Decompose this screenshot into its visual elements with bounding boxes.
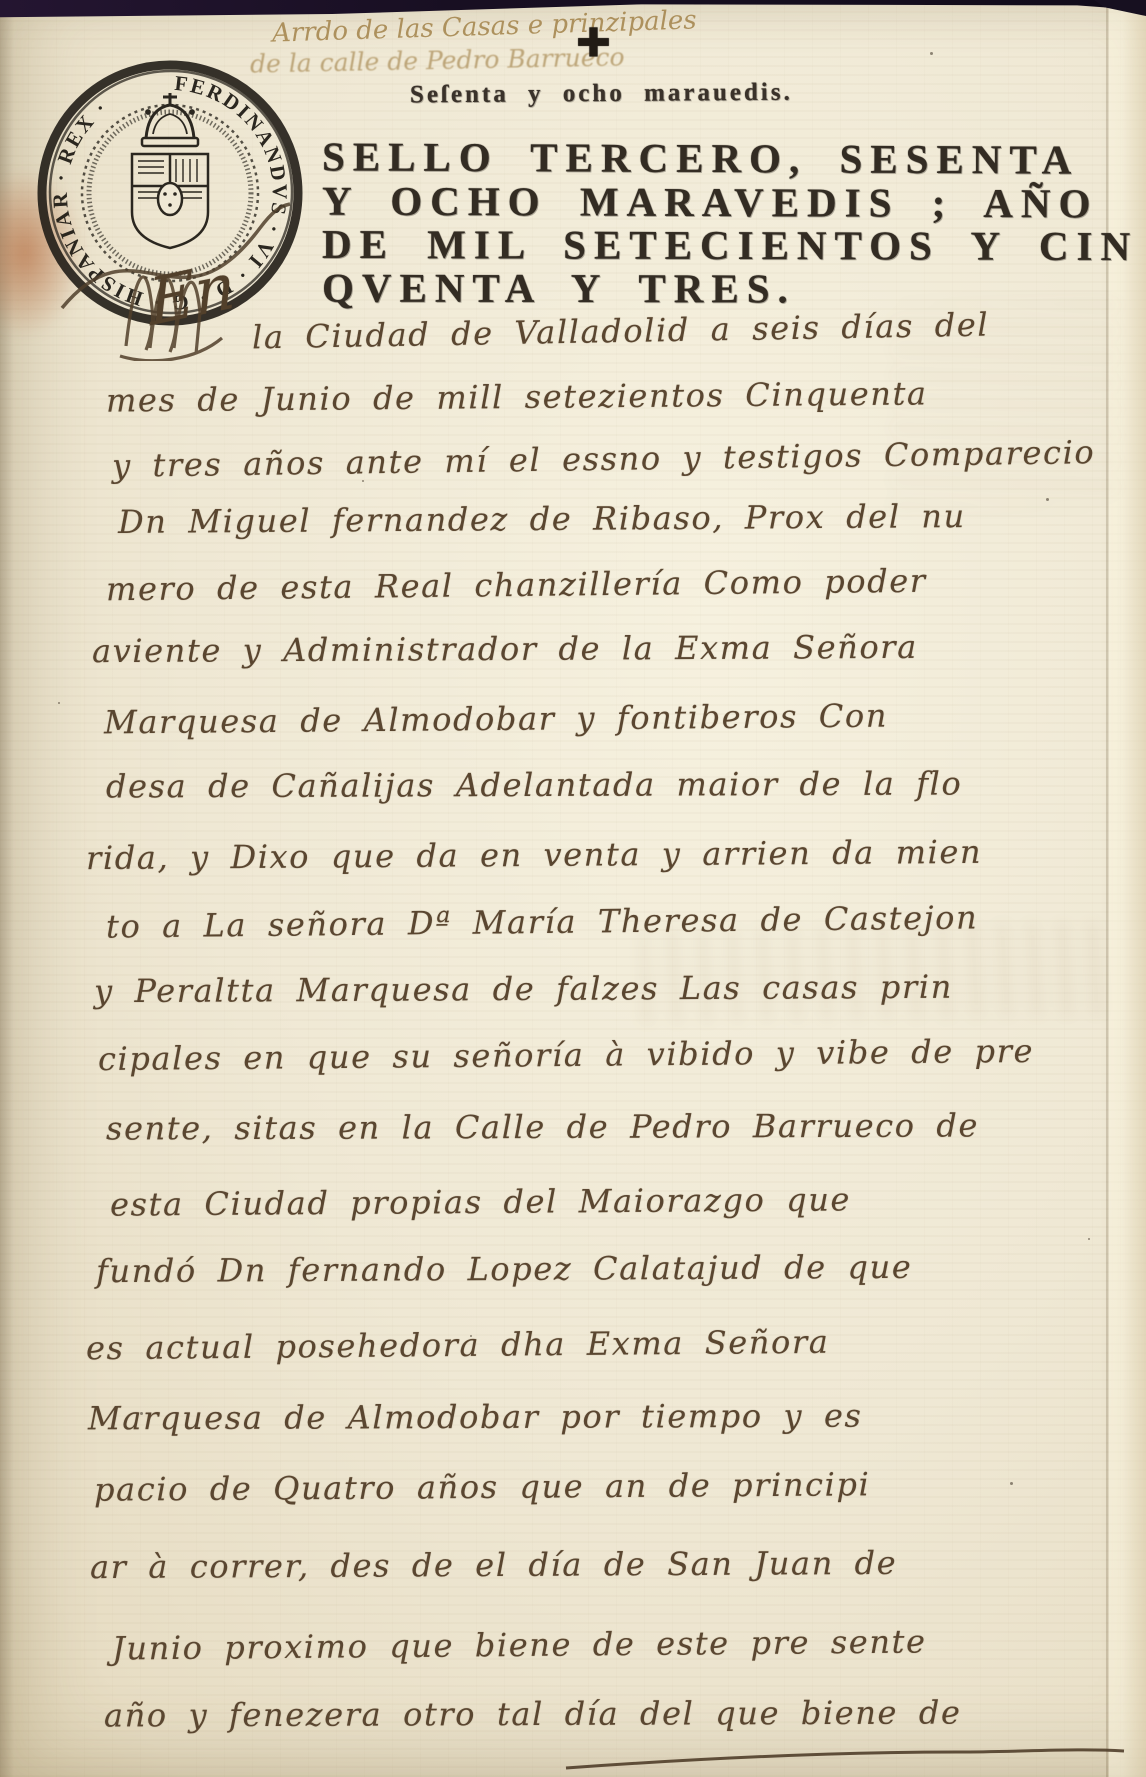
manuscript-line: fundó Dn fernando Lopez Calatajud de que <box>96 1248 913 1290</box>
ink-speck <box>362 480 364 482</box>
crown-icon <box>142 93 198 146</box>
manuscript-line: ar à correr, des de el día de San Juan d… <box>90 1544 897 1586</box>
ink-stroke <box>558 1738 1133 1777</box>
manuscript-line: es actual posehedora dha Exma Señora <box>86 1323 830 1367</box>
printed-header-line: QVENTA Y TRES. <box>322 264 796 313</box>
manuscript-line: desa de Cañalijas Adelantada maior de la… <box>106 765 962 806</box>
manuscript-line: rida, y Dixo que da en venta y arrien da… <box>86 833 982 877</box>
ink-speck <box>1010 1482 1013 1485</box>
printed-header-line: SELLO TERCERO, SESENTA <box>322 132 1080 183</box>
ink-speck <box>140 1412 143 1415</box>
printed-header-line: DE MIL SETECIENTOS Y CIN <box>322 220 1138 270</box>
ink-speck <box>470 1335 472 1337</box>
manuscript-line: Marquesa de Almodobar por tiempo y es <box>88 1397 863 1438</box>
scanned-document-page: Arrdo de las Casas e prinzipales de la c… <box>0 0 1146 1777</box>
manuscript-line: y Peraltta Marquesa de falzes Las casas … <box>94 968 953 1010</box>
manuscript-line: mes de Junio de mill setezientos Cinquen… <box>106 374 928 419</box>
ink-speck <box>58 702 60 704</box>
manuscript-line: esta Ciudad propias del Maiorazgo que <box>110 1180 851 1223</box>
ink-speck <box>930 52 933 55</box>
ink-speck <box>1088 1238 1090 1240</box>
tax-value-line: Seſenta y ocho marauedis. <box>410 79 793 110</box>
manuscript-line: aviente y Administrador de la Exma Señor… <box>92 628 918 670</box>
manuscript-line: sente, sitas en la Calle de Pedro Barrue… <box>106 1106 979 1147</box>
ink-speck <box>1046 498 1049 501</box>
maltese-cross-icon: ✚ <box>576 23 611 63</box>
manuscript-line: año y fenezera otro tal día del que bien… <box>104 1694 962 1735</box>
manuscript-line: Marquesa de Almodobar y fontiberos Con <box>104 697 888 742</box>
coat-of-arms <box>132 154 208 248</box>
manuscript-line: Dn Miguel fernandez de Ribaso, Prox del … <box>118 497 966 541</box>
manuscript-line: pacio de Quatro años que an de principi <box>94 1465 871 1508</box>
manuscript-line: Junio proximo que biene de este pre sent… <box>112 1622 927 1667</box>
